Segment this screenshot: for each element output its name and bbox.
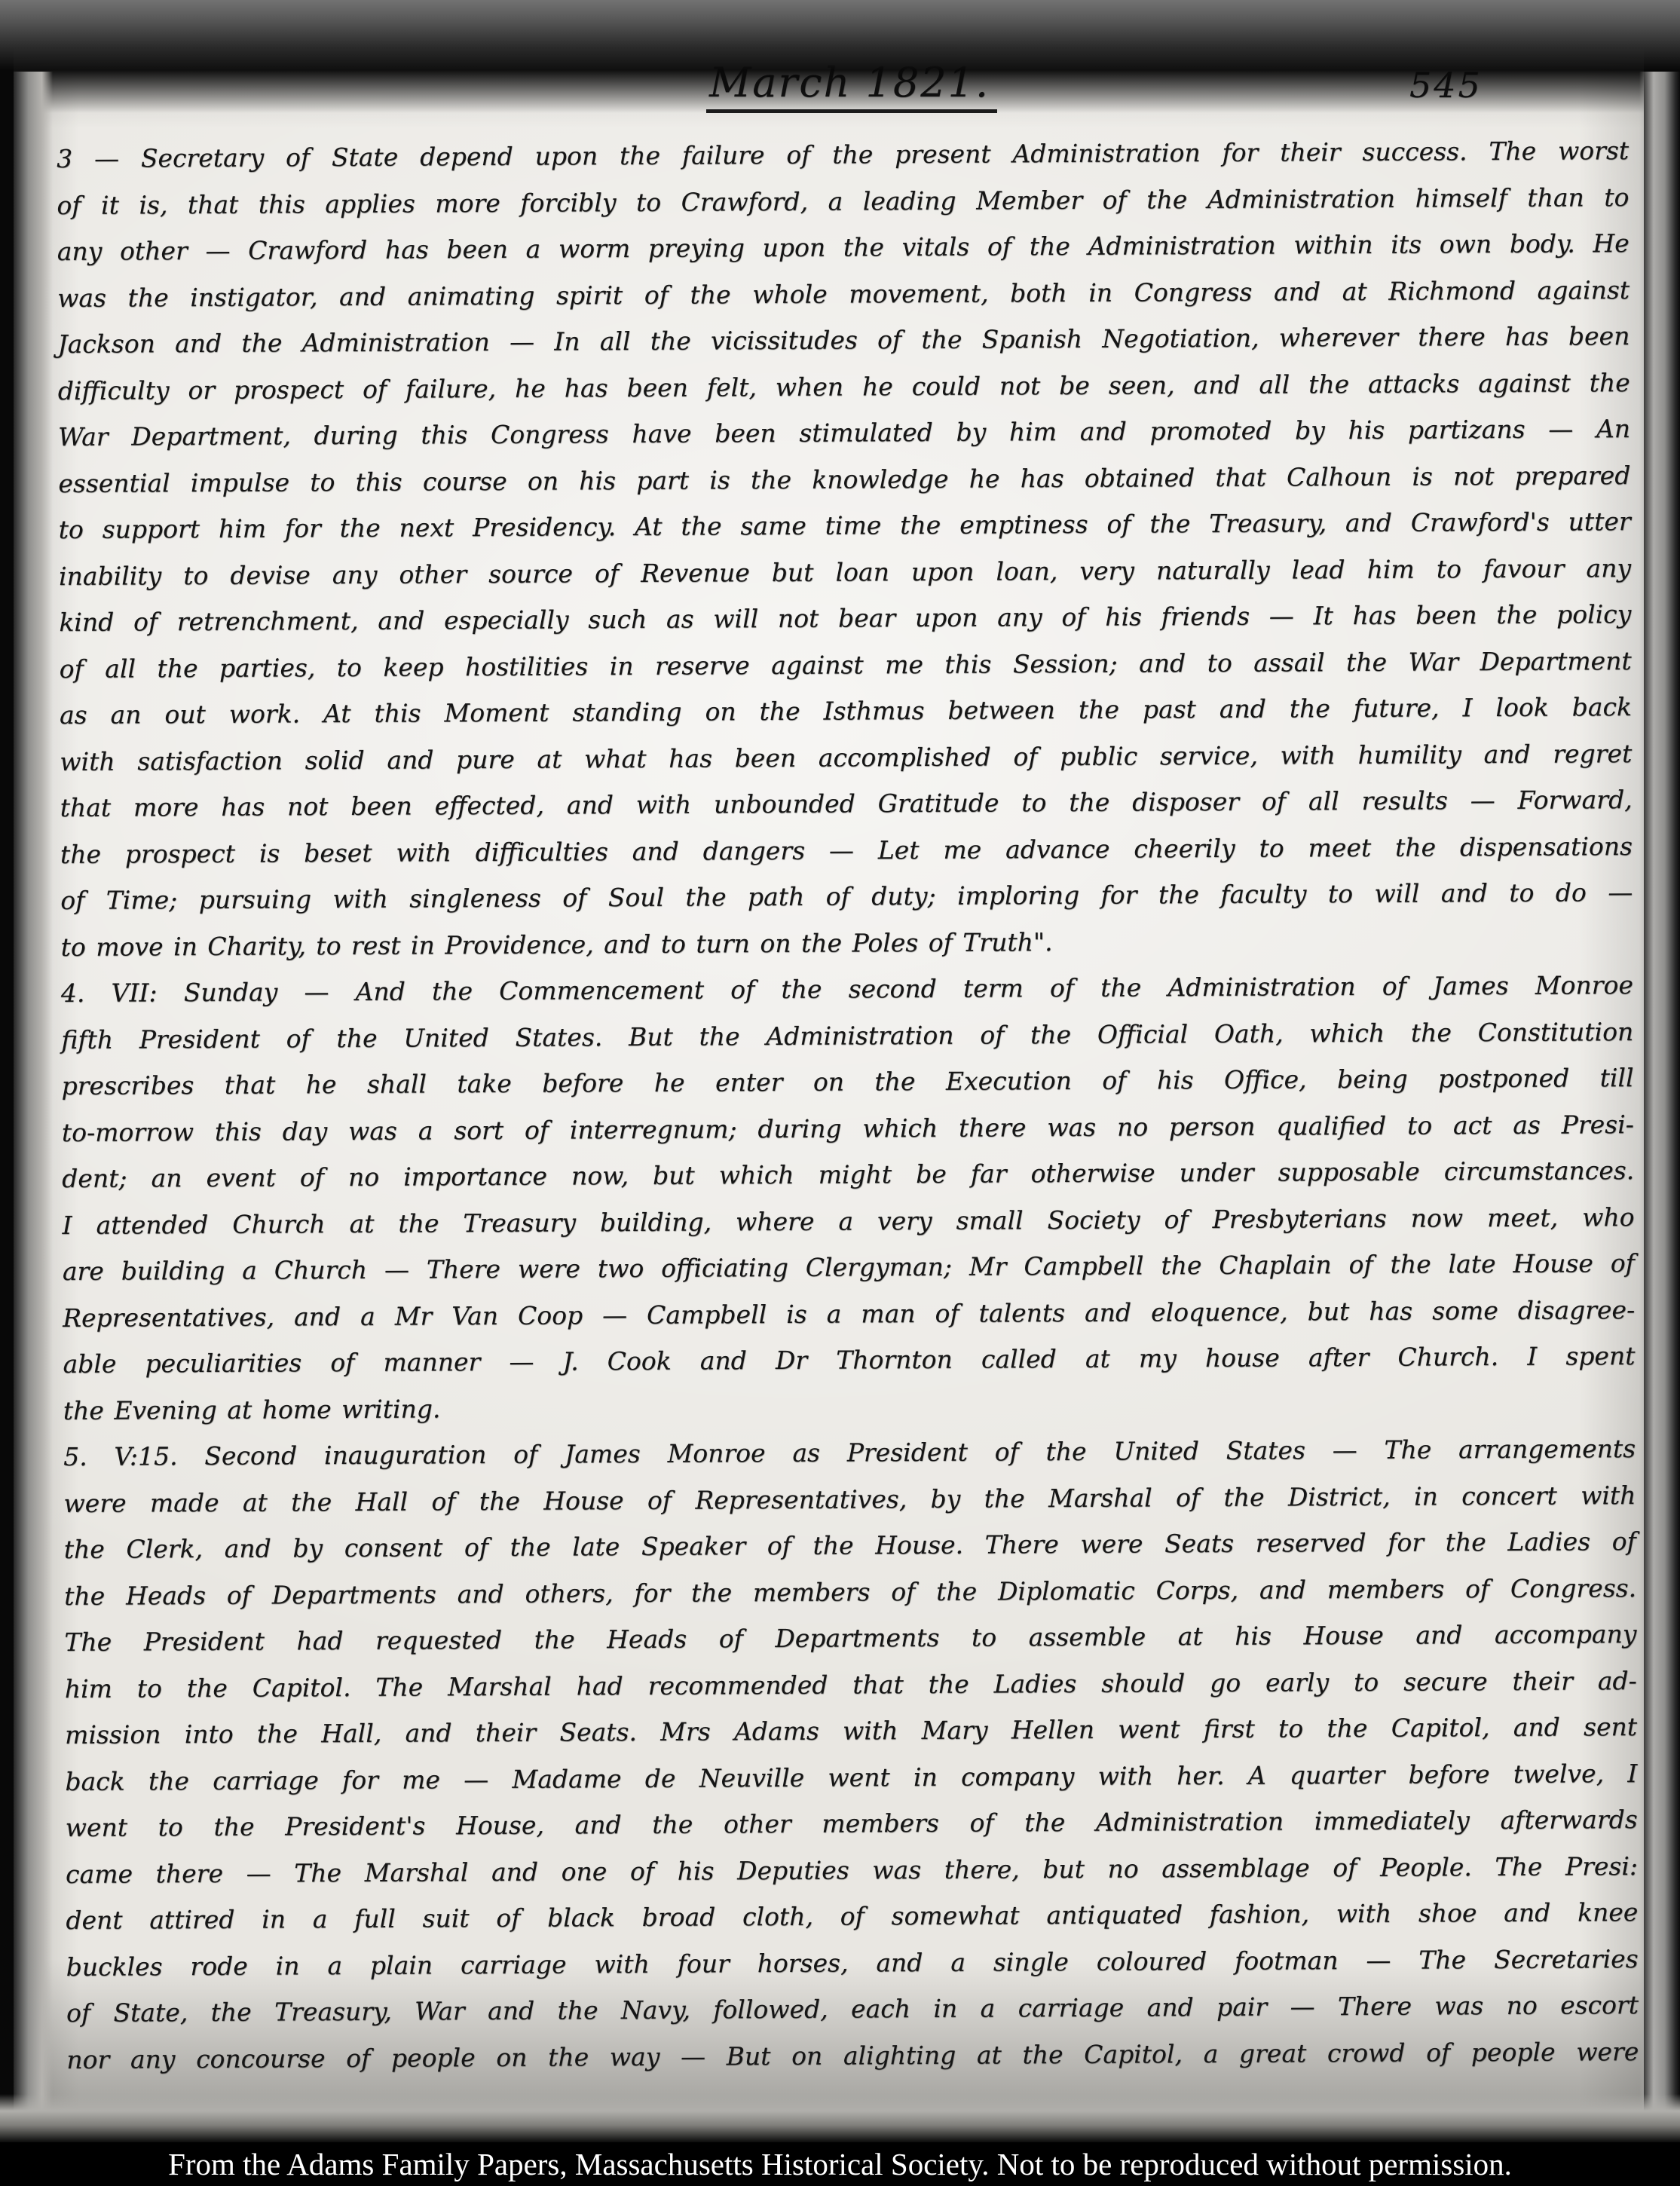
manuscript-line: of State, the Treasury, War and the Navy… — [66, 1982, 1639, 2036]
manuscript-line: the Heads of Departments and others, for… — [64, 1565, 1636, 1619]
manuscript-line: were made at the Hall of the House of Re… — [63, 1472, 1636, 1526]
manuscript-line: that more has not been effected, and wit… — [60, 776, 1633, 831]
manuscript-line: of all the parties, to keep hostilities … — [60, 638, 1632, 692]
manuscript-line: as an out work. At this Moment standing … — [60, 684, 1632, 738]
manuscript-line: him to the Capitol. The Marshal had reco… — [65, 1658, 1637, 1712]
manuscript-line: nor any concourse of people on the way —… — [66, 2028, 1639, 2083]
manuscript-line: 5. V:15. Second inauguration of James Mo… — [63, 1425, 1636, 1480]
manuscript-line: any other — Crawford has been a worm pre… — [57, 220, 1630, 274]
manuscript-line: dent attired in a full suit of black bro… — [66, 1889, 1638, 1943]
manuscript-line: mission into the Hall, and their Seats. … — [65, 1704, 1637, 1758]
binding-edge-left — [14, 72, 53, 2118]
manuscript-line: I attended Church at the Treasury buildi… — [62, 1194, 1634, 1248]
manuscript-body: 3 — Secretary of State depend upon the f… — [57, 127, 1639, 2096]
manuscript-line: the Evening at home writing. — [63, 1379, 1636, 1434]
manuscript-line: War Department, during this Congress hav… — [58, 406, 1630, 460]
manuscript-line: came there — The Marshal and one of his … — [66, 1843, 1638, 1897]
manuscript-line: the prospect is beset with difficulties … — [60, 823, 1633, 877]
manuscript-line: of Time; pursuing with singleness of Sou… — [60, 869, 1633, 923]
manuscript-line: buckles rode in a plain carriage with fo… — [66, 1936, 1639, 1990]
manuscript-line: essential impulse to this course on his … — [58, 452, 1630, 507]
manuscript-line: to support him for the next Presidency. … — [59, 498, 1631, 553]
manuscript-line: The President had requested the Heads of… — [64, 1611, 1636, 1665]
manuscript-line: Jackson and the Administration — In all … — [57, 313, 1630, 367]
manuscript-line: the Clerk, and by consent of the late Sp… — [64, 1518, 1636, 1572]
manuscript-line: dent; an event of no importance now, but… — [62, 1147, 1634, 1202]
page-bottom-edge — [0, 2094, 1680, 2142]
manuscript-line: kind of retrenchment, and especially suc… — [59, 591, 1631, 645]
credit-text: From the Adams Family Papers, Massachuse… — [168, 2146, 1512, 2182]
page-edge-right — [1639, 72, 1680, 2126]
manuscript-page: March 1821. 545 3 — Secretary of State d… — [14, 45, 1644, 2126]
manuscript-line: of it is, that this applies more forcibl… — [57, 174, 1629, 228]
manuscript-line: prescribes that he shall take before he … — [61, 1055, 1633, 1109]
credit-bar: From the Adams Family Papers, Massachuse… — [0, 2142, 1680, 2186]
manuscript-line: to move in Charity, to rest in Providenc… — [60, 916, 1633, 970]
manuscript-line: 3 — Secretary of State depend upon the f… — [57, 127, 1629, 182]
manuscript-line: was the instigator, and animating spirit… — [57, 267, 1630, 321]
manuscript-line: to-morrow this day was a sort of interre… — [62, 1101, 1634, 1156]
manuscript-line: with satisfaction solid and pure at what… — [60, 730, 1632, 785]
manuscript-line: difficulty or prospect of failure, he ha… — [58, 360, 1630, 414]
manuscript-scan: March 1821. 545 3 — Secretary of State d… — [0, 0, 1680, 2186]
manuscript-line: Representatives, and a Mr Van Coop — Cam… — [63, 1287, 1635, 1341]
manuscript-line: went to the President's House, and the o… — [66, 1796, 1638, 1851]
manuscript-line: fifth President of the United States. Bu… — [61, 1009, 1633, 1063]
manuscript-line: 4. VII: Sunday — And the Commencement of… — [61, 962, 1633, 1016]
manuscript-line: are building a Church — There were two o… — [63, 1240, 1635, 1294]
book-top-edge-shadow — [0, 0, 1680, 113]
manuscript-line: back the carriage for me — Madame de Neu… — [65, 1750, 1637, 1805]
manuscript-line: inability to devise any other source of … — [59, 545, 1631, 599]
manuscript-line: able peculiarities of manner — J. Cook a… — [63, 1333, 1635, 1387]
